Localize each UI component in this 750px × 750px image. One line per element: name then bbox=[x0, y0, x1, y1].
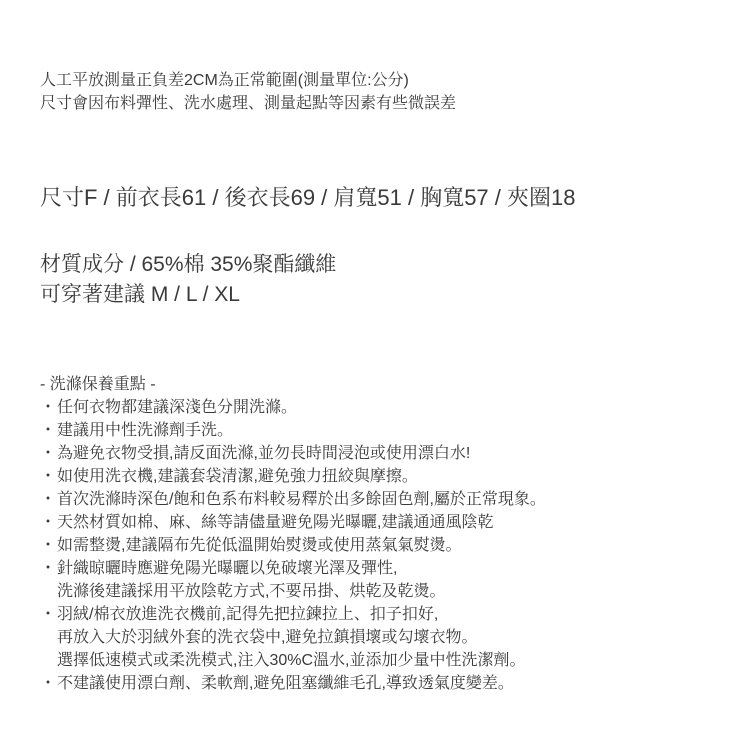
care-line-text: 再放入大於羽絨外套的洗衣袋中,避免拉鎮損壞或勾壞衣物。 bbox=[57, 626, 477, 649]
size-spec: 尺寸F / 前衣長61 / 後衣長69 / 肩寬51 / 胸寬57 / 夾圈18 bbox=[40, 184, 575, 212]
bullet-dot-icon: ・ bbox=[40, 511, 57, 534]
care-line-text: 如使用洗衣機,建議套袋清潔,避免強力扭絞與摩擦。 bbox=[57, 465, 418, 488]
care-line-text: 建議用中性洗滌劑手洗。 bbox=[57, 419, 233, 442]
care-line-text: 天然材質如棉、麻、絲等請儘量避免陽光曝曬,建議通通風陰乾 bbox=[57, 511, 493, 534]
bullet-dot-icon: ・ bbox=[40, 442, 57, 465]
care-line: ・ 首次洗滌時深色/飽和色系布料較易釋於出多餘固色劑,屬於正常現象。 bbox=[40, 488, 546, 511]
bullet-dot-icon: ・ bbox=[40, 419, 57, 442]
care-heading: - 洗滌保養重點 - bbox=[40, 373, 546, 396]
care-line: ・ 針織晾曬時應避免陽光曝曬以免破壞光澤及彈性, bbox=[40, 557, 546, 580]
material-info: 材質成分 / 65%棉 35%聚酯纖維 可穿著建議 M / L / XL bbox=[40, 250, 336, 310]
care-line-text: 針織晾曬時應避免陽光曝曬以免破壞光澤及彈性, bbox=[57, 557, 397, 580]
bullet-spacer bbox=[40, 626, 57, 649]
care-instructions: - 洗滌保養重點 - ・ 任何衣物都建議深淺色分開洗滌。 ・ 建議用中性洗滌劑手… bbox=[40, 373, 546, 695]
care-line-text: 選擇低速模式或柔洗模式,注入30%C溫水,並添加少量中性洗潔劑。 bbox=[57, 649, 525, 672]
care-line-text: 羽絨/棉衣放進洗衣機前,記得先把拉鍊拉上、扣子扣好, bbox=[57, 603, 438, 626]
care-line: ・ 任何衣物都建議深淺色分開洗滌。 bbox=[40, 396, 546, 419]
care-line: ・ 如需整燙,建議隔布先從低溫開始熨燙或使用蒸氣氣熨燙。 bbox=[40, 534, 546, 557]
bullet-spacer bbox=[40, 649, 57, 672]
care-line-text: 洗滌後建議採用平放陰乾方式,不要吊掛、烘乾及乾燙。 bbox=[57, 580, 445, 603]
care-line-text: 任何衣物都建議深淺色分開洗滌。 bbox=[57, 396, 297, 419]
care-line-text: 為避免衣物受損,請反面洗滌,並勿長時間浸泡或使用漂白水! bbox=[57, 442, 470, 465]
care-line: ・ 如使用洗衣機,建議套袋清潔,避免強力扭絞與摩擦。 bbox=[40, 465, 546, 488]
measurement-note-line-2: 尺寸會因布料彈性、洗水處理、測量起點等因素有些微誤差 bbox=[40, 92, 456, 115]
bullet-dot-icon: ・ bbox=[40, 603, 57, 626]
bullet-dot-icon: ・ bbox=[40, 488, 57, 511]
care-line-continuation: 再放入大於羽絨外套的洗衣袋中,避免拉鎮損壞或勾壞衣物。 bbox=[40, 626, 546, 649]
care-line: ・ 為避免衣物受損,請反面洗滌,並勿長時間浸泡或使用漂白水! bbox=[40, 442, 546, 465]
fit-suggestion: 可穿著建議 M / L / XL bbox=[40, 280, 336, 310]
bullet-dot-icon: ・ bbox=[40, 672, 57, 695]
material-composition: 材質成分 / 65%棉 35%聚酯纖維 bbox=[40, 250, 336, 280]
care-line-continuation: 選擇低速模式或柔洗模式,注入30%C溫水,並添加少量中性洗潔劑。 bbox=[40, 649, 546, 672]
size-spec-line: 尺寸F / 前衣長61 / 後衣長69 / 肩寬51 / 胸寬57 / 夾圈18 bbox=[40, 184, 575, 212]
care-line-continuation: 洗滌後建議採用平放陰乾方式,不要吊掛、烘乾及乾燙。 bbox=[40, 580, 546, 603]
care-line: ・ 不建議使用漂白劑、柔軟劑,避免阻塞纖維毛孔,導致透氣度變差。 bbox=[40, 672, 546, 695]
care-line: ・ 建議用中性洗滌劑手洗。 bbox=[40, 419, 546, 442]
bullet-dot-icon: ・ bbox=[40, 396, 57, 419]
measurement-notes: 人工平放測量正負差2CM為正常範圍(測量單位:公分) 尺寸會因布料彈性、洗水處理… bbox=[40, 69, 456, 115]
bullet-dot-icon: ・ bbox=[40, 534, 57, 557]
product-description-page: 人工平放測量正負差2CM為正常範圍(測量單位:公分) 尺寸會因布料彈性、洗水處理… bbox=[0, 0, 750, 750]
care-line-text: 首次洗滌時深色/飽和色系布料較易釋於出多餘固色劑,屬於正常現象。 bbox=[57, 488, 546, 511]
care-line: ・ 天然材質如棉、麻、絲等請儘量避免陽光曝曬,建議通通風陰乾 bbox=[40, 511, 546, 534]
bullet-dot-icon: ・ bbox=[40, 557, 57, 580]
care-line-text: 不建議使用漂白劑、柔軟劑,避免阻塞纖維毛孔,導致透氣度變差。 bbox=[57, 672, 514, 695]
bullet-dot-icon: ・ bbox=[40, 465, 57, 488]
bullet-spacer bbox=[40, 580, 57, 603]
care-line-text: 如需整燙,建議隔布先從低溫開始熨燙或使用蒸氣氣熨燙。 bbox=[57, 534, 461, 557]
care-line: ・ 羽絨/棉衣放進洗衣機前,記得先把拉鍊拉上、扣子扣好, bbox=[40, 603, 546, 626]
measurement-note-line-1: 人工平放測量正負差2CM為正常範圍(測量單位:公分) bbox=[40, 69, 456, 92]
